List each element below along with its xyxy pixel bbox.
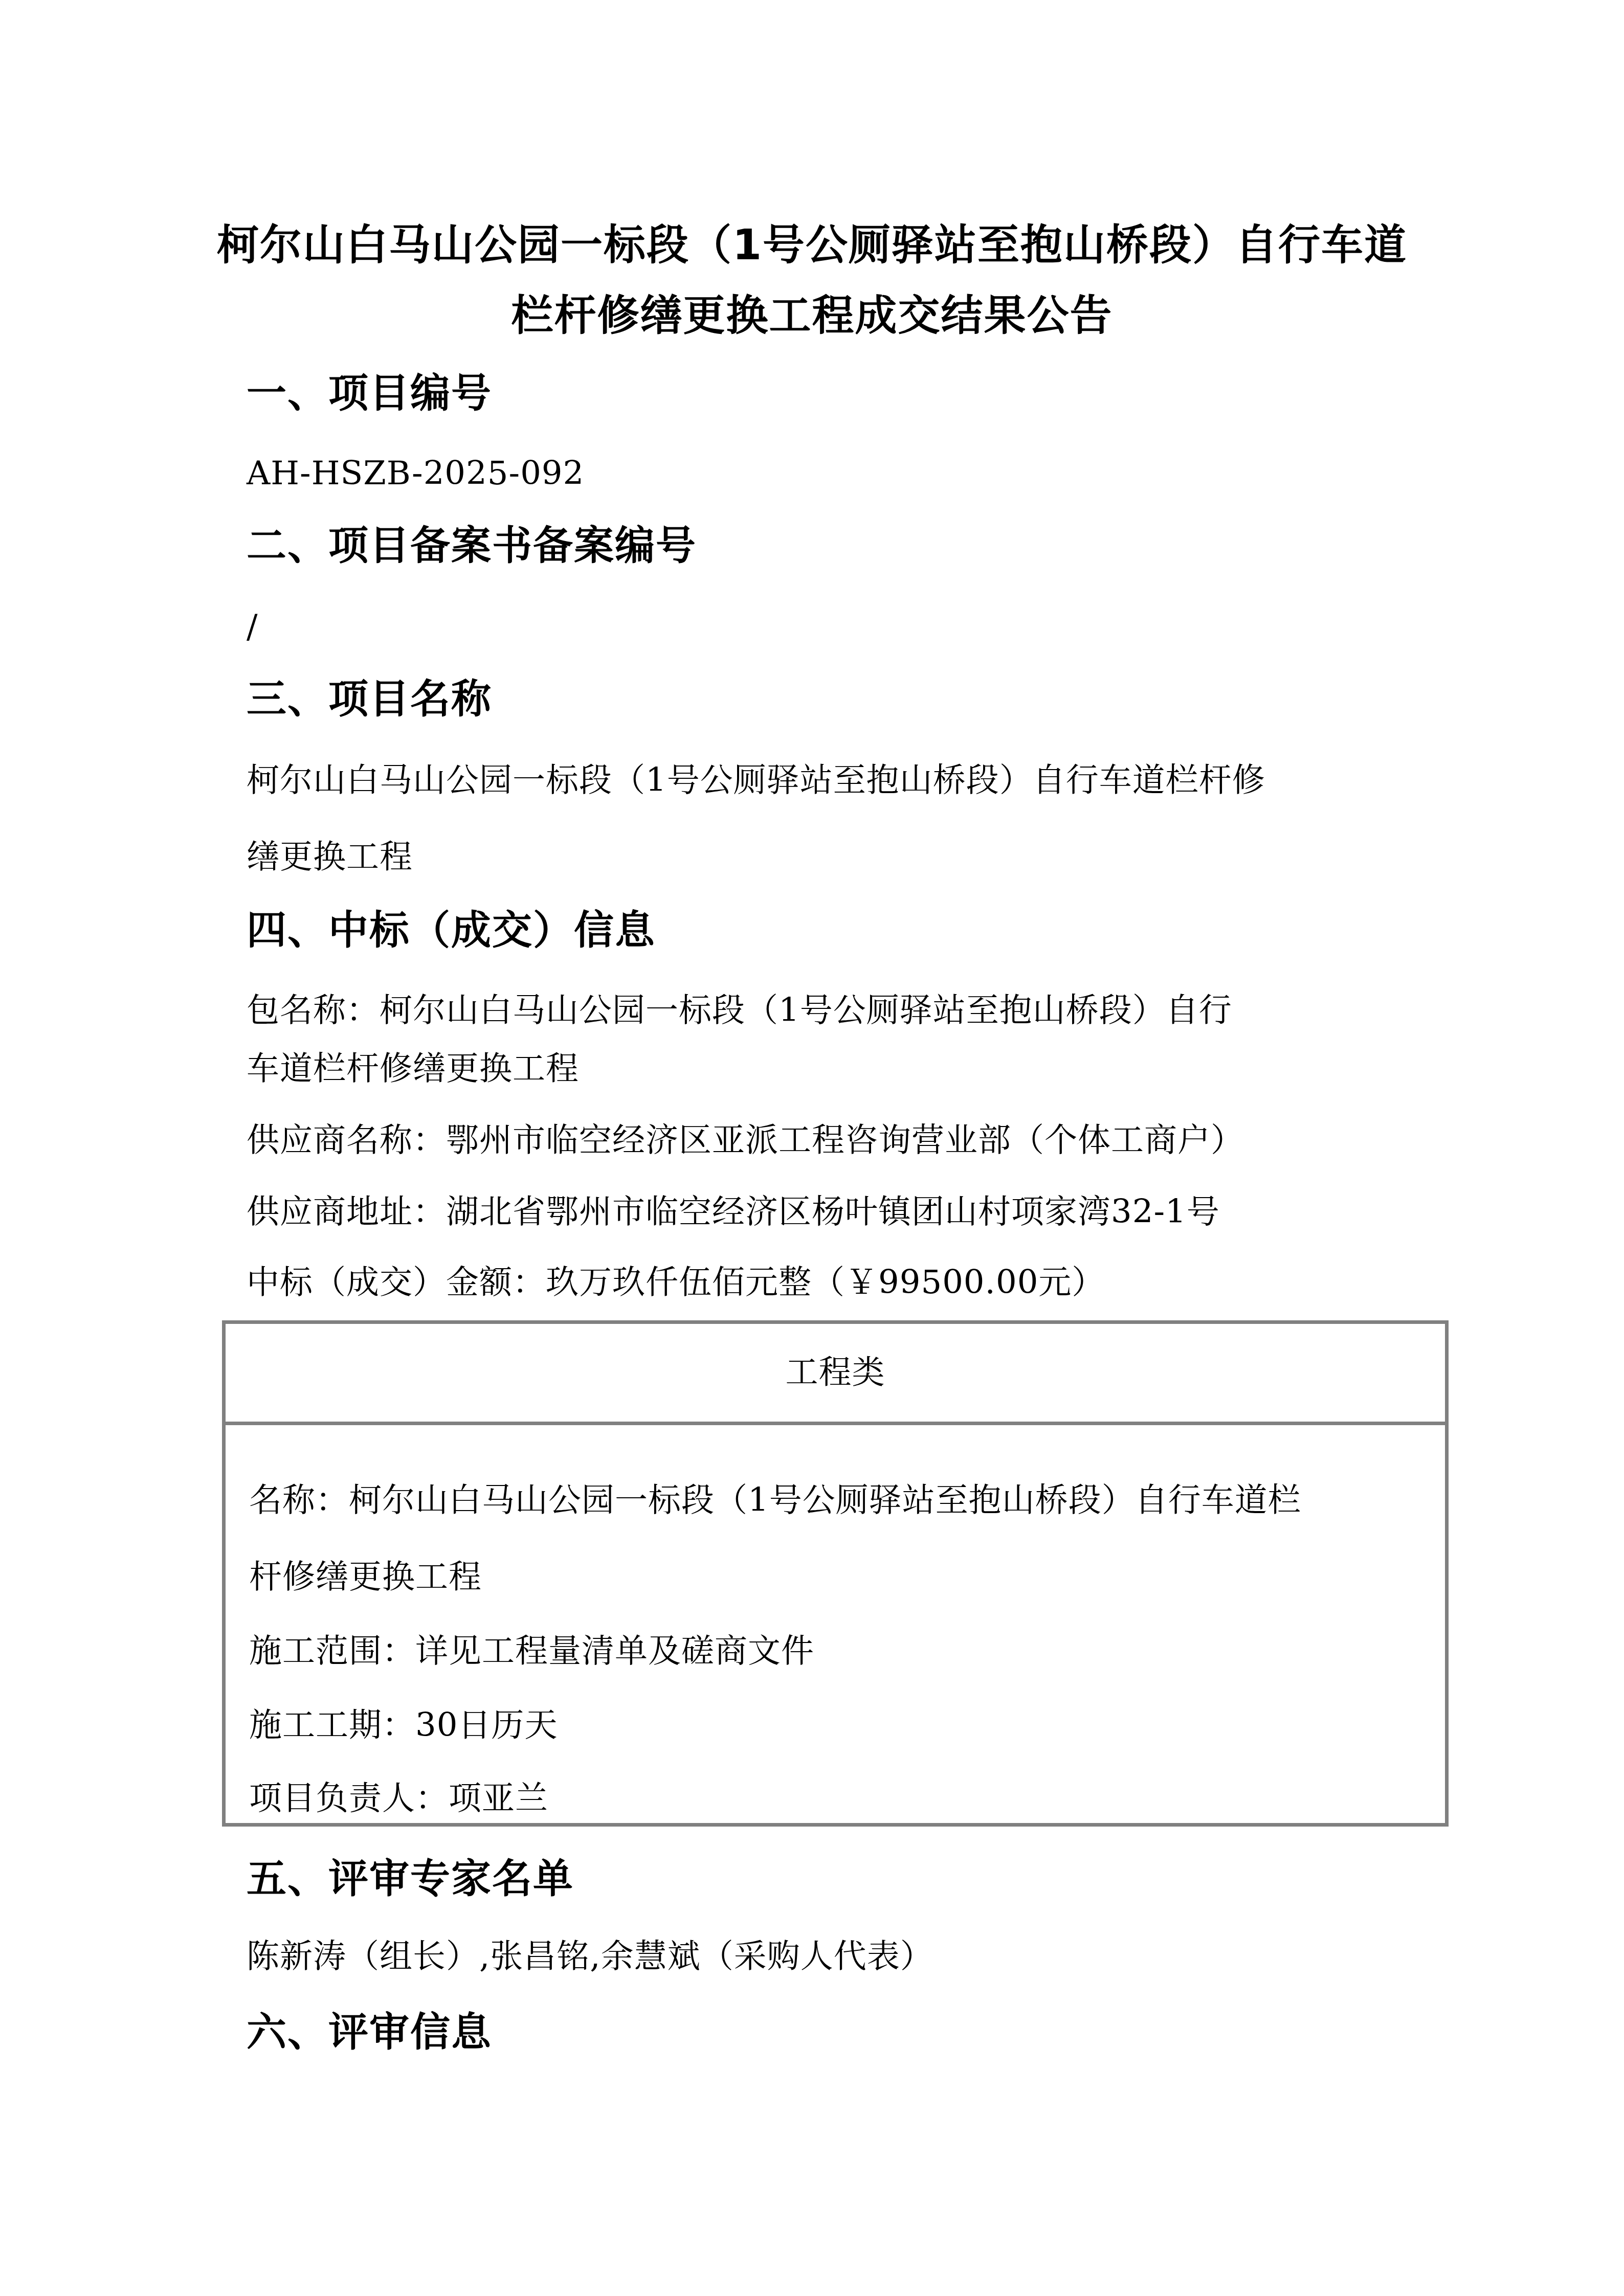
project-category-table: 工程类 名称：柯尔山白马山公园一标段（1号公厕驿站至抱山桥段）自行车道栏 杆修缮… xyxy=(222,1320,1449,1827)
project-number-value: AH-HSZB-2025-092 xyxy=(247,453,584,494)
package-name-line-1: 包名称：柯尔山白马山公园一标段（1号公厕驿站至抱山桥段）自行 xyxy=(247,990,1232,1031)
document-page: 柯尔山白马山公园一标段（1号公厕驿站至抱山桥段）自行车道 栏杆修缮更换工程成交结… xyxy=(0,0,1624,2296)
package-name-line-2: 车道栏杆修缮更换工程 xyxy=(247,1048,579,1089)
section-heading-filing-number: 二、项目备案书备案编号 xyxy=(247,521,697,572)
review-experts-list: 陈新涛（组长）,张昌铭,余慧斌（采购人代表） xyxy=(247,1936,933,1977)
document-title-line-2: 栏杆修缮更换工程成交结果公告 xyxy=(0,290,1624,342)
supplier-address: 供应商地址：湖北省鄂州市临空经济区杨叶镇团山村项家湾32-1号 xyxy=(247,1191,1220,1232)
section-heading-project-number: 一、项目编号 xyxy=(247,368,492,419)
section-heading-review-info: 六、评审信息 xyxy=(247,2007,492,2058)
table-row-project-manager: 项目负责人：项亚兰 xyxy=(249,1778,548,1819)
project-name-line-2: 缮更换工程 xyxy=(247,837,413,877)
table-row-name-line-2: 杆修缮更换工程 xyxy=(249,1557,482,1597)
section-heading-project-name: 三、项目名称 xyxy=(247,674,492,725)
project-name-line-1: 柯尔山白马山公园一标段（1号公厕驿站至抱山桥段）自行车道栏杆修 xyxy=(247,760,1265,801)
award-amount: 中标（成交）金额：玖万玖仟伍佰元整（￥99500.00元） xyxy=(247,1262,1105,1303)
document-title-line-1: 柯尔山白马山公园一标段（1号公厕驿站至抱山桥段）自行车道 xyxy=(0,220,1624,271)
table-row-name-line-1: 名称：柯尔山白马山公园一标段（1号公厕驿站至抱山桥段）自行车道栏 xyxy=(249,1480,1301,1521)
supplier-name: 供应商名称：鄂州市临空经济区亚派工程咨询营业部（个体工商户） xyxy=(247,1120,1244,1161)
table-row-construction-period: 施工工期：30日历天 xyxy=(249,1705,558,1746)
section-heading-award-info: 四、中标（成交）信息 xyxy=(247,905,656,956)
section-heading-review-experts: 五、评审专家名单 xyxy=(247,1854,574,1905)
filing-number-value: / xyxy=(247,606,258,647)
table-header-category: 工程类 xyxy=(226,1324,1445,1425)
table-row-construction-scope: 施工范围：详见工程量清单及磋商文件 xyxy=(249,1631,814,1672)
